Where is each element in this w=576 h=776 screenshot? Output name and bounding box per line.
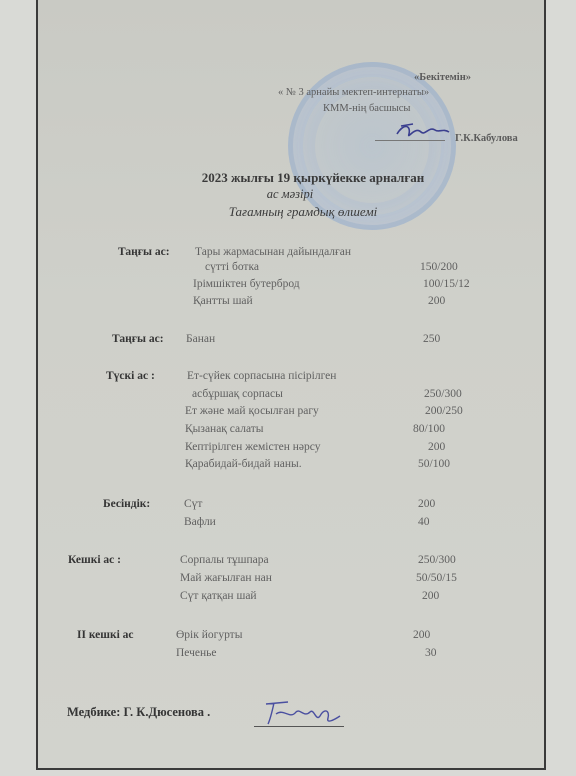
meal-label-afternoon-snack: Бесіндік:: [103, 498, 150, 510]
approval-line-3: КММ-нің басшысы: [323, 103, 410, 114]
menu-document: [36, 0, 546, 770]
item-weight: 30: [425, 647, 437, 659]
menu-item: Банан: [186, 333, 215, 345]
item-weight: 200: [413, 629, 430, 641]
item-weight: 40: [418, 516, 430, 528]
menu-item: Қызанақ салаты: [185, 423, 264, 435]
menu-item: Сүт қатқан шай: [180, 590, 257, 602]
item-weight: 250/300: [418, 554, 456, 566]
item-weight: 200: [428, 295, 445, 307]
menu-item: Кептірілген жемістен нәрсу: [185, 441, 320, 453]
menu-item: Ірімшіктен бутерброд: [193, 278, 300, 290]
item-weight: 150/200: [420, 261, 458, 273]
meal-label-second-dinner: II кешкі ас: [77, 629, 134, 641]
meal-label-breakfast: Таңғы ас:: [118, 246, 170, 258]
meal-label-lunch: Түскі ас :: [106, 370, 155, 382]
menu-caption: Тағамның грамдық өлшемі: [0, 204, 576, 220]
item-weight: 200/250: [425, 405, 463, 417]
menu-item: Ет және май қосылған рагу: [185, 405, 319, 417]
item-weight: 80/100: [413, 423, 445, 435]
menu-item: Май жағылған нан: [180, 572, 272, 584]
menu-item: асбұршақ сорпасы: [192, 388, 283, 400]
approval-line-1: «Бекітемін»: [414, 72, 471, 83]
director-signature-icon: [393, 120, 453, 142]
menu-item: Қарабидай-бидай наны.: [185, 458, 302, 470]
meal-label-second-breakfast: Таңғы ас:: [112, 333, 164, 345]
item-weight: 250/300: [424, 388, 462, 400]
item-weight: 200: [428, 441, 445, 453]
item-weight: 50/100: [418, 458, 450, 470]
menu-item: Ет-сүйек сорпасына пісірілген: [187, 370, 336, 382]
menu-item: Қантты шай: [193, 295, 253, 307]
menu-item: Тары жармасынан дайындалған: [195, 246, 351, 258]
item-weight: 100/15/12: [423, 278, 470, 290]
menu-title: 2023 жылғы 19 қыркүйекке арналған: [0, 170, 576, 186]
item-weight: 200: [418, 498, 435, 510]
nurse-signature-line: [254, 726, 344, 727]
item-weight: 200: [422, 590, 439, 602]
menu-item: Вафли: [184, 516, 216, 528]
meal-label-dinner: Кешкі ас :: [68, 554, 121, 566]
menu-item: сүтті ботка: [205, 261, 259, 273]
menu-item: Печенье: [176, 647, 217, 659]
director-name: Г.К.Кабулова: [455, 133, 518, 144]
menu-item: Өрік йогурты: [176, 629, 242, 641]
item-weight: 50/50/15: [416, 572, 457, 584]
director-signature-line: [375, 140, 445, 141]
nurse-signature-label: Медбике: Г. К.Дюсенова .: [67, 705, 210, 720]
item-weight: 250: [423, 333, 440, 345]
menu-subtitle: ас мәзірі: [0, 187, 576, 202]
approval-line-2: « № 3 арнайы мектеп-интернаты»: [278, 87, 429, 98]
menu-item: Сорпалы тұшпара: [180, 554, 269, 566]
menu-item: Сүт: [184, 498, 202, 510]
